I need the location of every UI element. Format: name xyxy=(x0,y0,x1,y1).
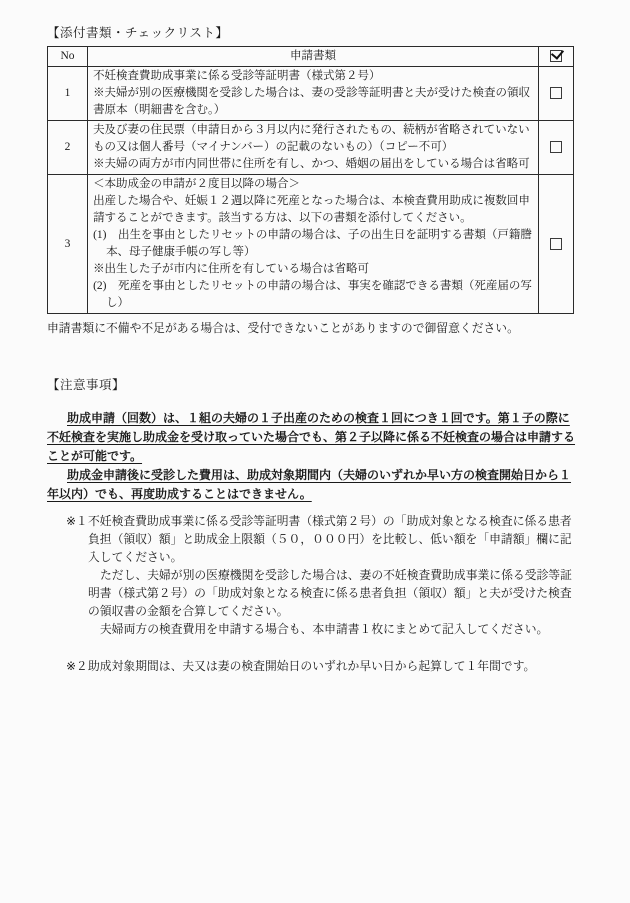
remark-paragraph: 不妊検査費助成事業に係る受診等証明書（様式第２号）の「助成対象となる検査に係る患… xyxy=(88,512,580,566)
header-no: No xyxy=(48,47,88,67)
row-number: 1 xyxy=(48,67,88,121)
remark-paragraph: 助成対象期間は、夫又は妻の検査開始日のいずれか早い日から起算して１年間です。 xyxy=(88,657,580,675)
header-check-cell xyxy=(538,47,573,67)
row-number: 2 xyxy=(48,121,88,175)
remark-1-label: ※１ xyxy=(66,512,88,530)
empty-checkbox-icon xyxy=(550,238,562,250)
table-row: 1 不妊検査費助成事業に係る受診等証明書（様式第２号） ※夫婦が別の医療機関を受… xyxy=(48,67,574,121)
row-check-cell xyxy=(538,175,573,314)
table-footer-note: 申請書類に不備や不足がある場合は、受付できないことがありますので御留意ください。 xyxy=(47,320,603,337)
notice-paragraph: 助成申請（回数）は、１組の夫婦の１子出産のための検査１回につき１回です。第１子の… xyxy=(47,409,575,466)
row-check-cell xyxy=(538,67,573,121)
document-intro-line: 出産した場合や、妊娠１２週以降に死産となった場合は、本検査費用助成に複数回申請す… xyxy=(93,193,533,227)
document-line: 不妊検査費助成事業に係る受診等証明書（様式第２号） xyxy=(93,68,533,85)
table-header-row: No 申請書類 xyxy=(48,47,574,67)
document-list-item: (1) 出生を事由としたリセットの申請の場合は、子の出生日を証明する書類（戸籍謄… xyxy=(93,227,533,261)
notice-paragraph: 助成金申請後に受診した費用は、助成対象期間内（夫婦のいずれか早い方の検査開始日か… xyxy=(47,466,575,504)
checklist-table: No 申請書類 1 不妊検査費助成事業に係る受診等証明書（様式第２号） ※夫婦が… xyxy=(47,46,574,314)
document-case-heading: ＜本助成金の申請が２度目以降の場合＞ xyxy=(93,176,533,193)
row-documents-cell: ＜本助成金の申請が２度目以降の場合＞ 出産した場合や、妊娠１２週以降に死産となっ… xyxy=(88,175,539,314)
remark-paragraph: 夫婦両方の検査費用を申請する場合も、本申請書１枚にまとめて記入してください。 xyxy=(88,620,580,638)
row-number: 3 xyxy=(48,175,88,314)
remark-2-block: ※２ 助成対象期間は、夫又は妻の検査開始日のいずれか早い日から起算して１年間です… xyxy=(47,657,580,675)
document-line: 夫及び妻の住民票（申請日から３月以内に発行されたもの、続柄が省略されていないもの… xyxy=(93,122,533,156)
row-check-cell xyxy=(538,121,573,175)
table-row: 2 夫及び妻の住民票（申請日から３月以内に発行されたもの、続柄が省略されていない… xyxy=(48,121,574,175)
remark-2-label: ※２ xyxy=(66,657,88,675)
empty-checkbox-icon xyxy=(550,141,562,153)
remark-paragraph: ただし、夫婦が別の医療機関を受診した場合は、妻の不妊検査費助成事業に係る受診等証… xyxy=(88,566,580,620)
document-page: 【添付書類・チェックリスト】 No 申請書類 1 不妊検査費助成事業に係る受診等… xyxy=(0,0,630,903)
checked-checkbox-icon xyxy=(550,50,562,62)
document-list-item: (2) 死産を事由としたリセットの申請の場合は、事実を確認できる書類（死産届の写… xyxy=(93,278,533,312)
header-documents: 申請書類 xyxy=(88,47,539,67)
attachments-checklist-title: 【添付書類・チェックリスト】 xyxy=(47,25,603,41)
empty-checkbox-icon xyxy=(550,87,562,99)
document-note-line: ※夫婦が別の医療機関を受診した場合は、妻の受診等証明書と夫が受けた検査の領収書原… xyxy=(93,85,533,119)
row-documents-cell: 夫及び妻の住民票（申請日から３月以内に発行されたもの、続柄が省略されていないもの… xyxy=(88,121,539,175)
table-row: 3 ＜本助成金の申請が２度目以降の場合＞ 出産した場合や、妊娠１２週以降に死産と… xyxy=(48,175,574,314)
row-documents-cell: 不妊検査費助成事業に係る受診等証明書（様式第２号） ※夫婦が別の医療機関を受診し… xyxy=(88,67,539,121)
document-note-line: ※出生した子が市内に住所を有している場合は省略可 xyxy=(93,261,533,278)
notice-block: 助成申請（回数）は、１組の夫婦の１子出産のための検査１回につき１回です。第１子の… xyxy=(47,409,575,504)
document-note-line: ※夫婦の両方が市内同世帯に住所を有し、かつ、婚姻の届出をしている場合は省略可 xyxy=(93,156,533,173)
remark-1-block: ※１ 不妊検査費助成事業に係る受診等証明書（様式第２号）の「助成対象となる検査に… xyxy=(47,512,580,638)
notes-section-title: 【注意事項】 xyxy=(47,377,603,393)
